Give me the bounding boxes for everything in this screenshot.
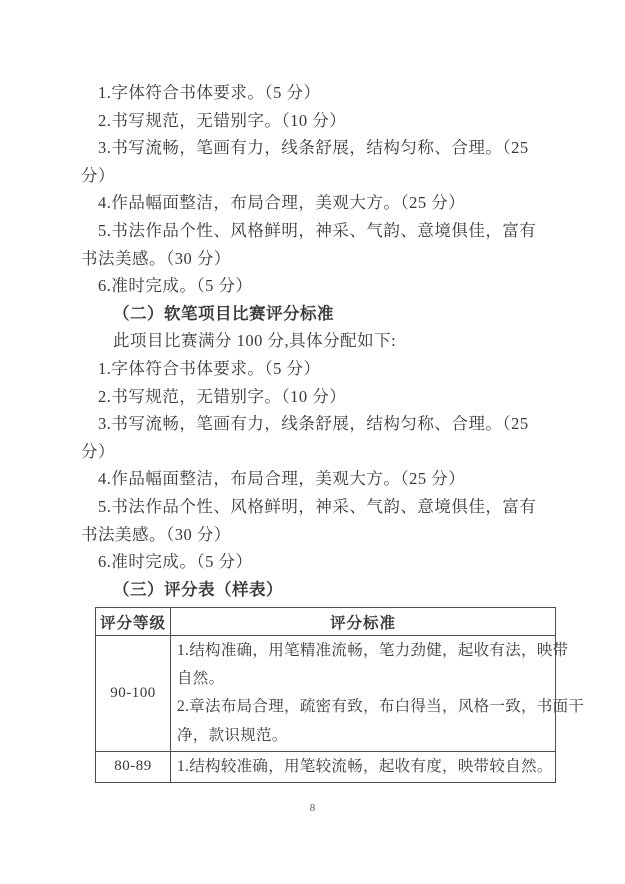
text-line: 此项目比赛满分 100 分,具体分配如下: [81,327,559,355]
table-header-row: 评分等级 评分标准 [96,608,556,636]
text-line: 2.书写规范，无错别字。（10 分） [81,383,559,411]
score-table-body: 90-1001.结构准确，用笔精准流畅，笔力劲健，起收有法，映带自然。2.章法布… [96,636,556,783]
score-table: 评分等级 评分标准 90-1001.结构准确，用笔精准流畅，笔力劲健，起收有法，… [95,607,556,783]
criteria-cell: 1.结构准确，用笔精准流畅，笔力劲健，起收有法，映带自然。2.章法布局合理，疏密… [171,636,556,752]
score-table-head: 评分等级 评分标准 [96,608,556,636]
table-row: 80-891.结构较准确，用笔较流畅，起收有度，映带较自然。 [96,751,556,782]
text-line: 书法美感。（30 分） [81,521,559,549]
grade-cell: 80-89 [96,751,171,782]
header-grade: 评分等级 [96,608,171,636]
text-line: 1.字体符合书体要求。（5 分） [81,79,559,107]
section-heading: （三）评分表（样表） [81,576,559,604]
text-line: 3.书写流畅，笔画有力，线条舒展，结构匀称、合理。（25 [81,410,559,438]
criteria-cell: 1.结构较准确，用笔较流畅，起收有度，映带较自然。 [171,751,556,782]
criteria-line: 1.结构较准确，用笔较流畅，起收有度，映带较自然。 [177,753,551,781]
criteria-line: 1.结构准确，用笔精准流畅，笔力劲健，起收有法，映带 [177,637,551,665]
text-line: 1.字体符合书体要求。（5 分） [81,355,559,383]
text-line: 分） [81,162,559,190]
criteria-line: 2.章法布局合理，疏密有致，布白得当，风格一致，书面干 [177,693,551,721]
section-heading: （二）软笔项目比赛评分标准 [81,300,559,328]
criteria-line: 自然。 [177,665,551,693]
header-criteria: 评分标准 [171,608,556,636]
text-line: 6.准时完成。（5 分） [81,548,559,576]
criteria-line: 净，款识规范。 [177,722,551,750]
grade-cell: 90-100 [96,636,171,752]
table-row: 90-1001.结构准确，用笔精准流畅，笔力劲健，起收有法，映带自然。2.章法布… [96,636,556,752]
text-line: 2.书写规范，无错别字。（10 分） [81,107,559,135]
text-line: 分） [81,438,559,466]
text-line: 5.书法作品个性、风格鲜明，神采、气韵、意境俱佳，富有 [81,493,559,521]
page-number: 8 [0,802,625,814]
document-page: 1.字体符合书体要求。（5 分）2.书写规范，无错别字。（10 分）3.书写流畅… [0,0,625,884]
document-lines: 1.字体符合书体要求。（5 分）2.书写规范，无错别字。（10 分）3.书写流畅… [81,79,559,603]
text-line: 5.书法作品个性、风格鲜明，神采、气韵、意境俱佳，富有 [81,217,559,245]
text-line: 4.作品幅面整洁，布局合理，美观大方。（25 分） [81,465,559,493]
text-line: 3.书写流畅，笔画有力，线条舒展，结构匀称、合理。（25 [81,134,559,162]
text-line: 4.作品幅面整洁，布局合理，美观大方。（25 分） [81,189,559,217]
text-line: 6.准时完成。（5 分） [81,272,559,300]
text-line: 书法美感。（30 分） [81,245,559,273]
